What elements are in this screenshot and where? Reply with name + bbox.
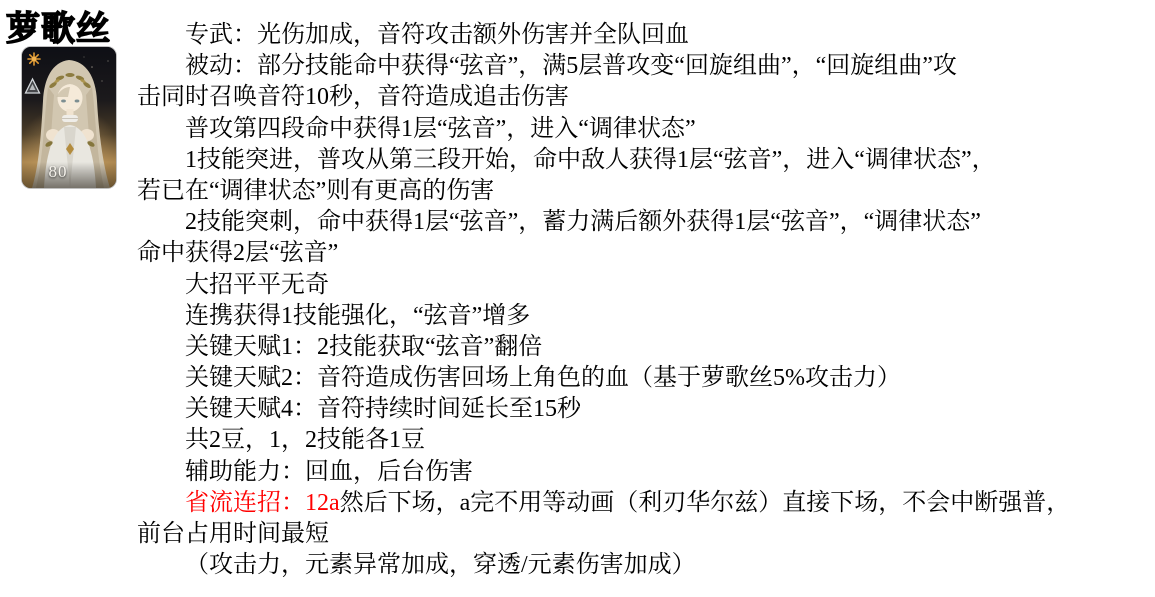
level-label: 80 bbox=[22, 162, 94, 182]
text-line: 关键天赋4：音符持续时间延长至15秒 bbox=[137, 394, 1151, 425]
text-line: 关键天赋1：2技能获取“弦音”翻倍 bbox=[137, 332, 1151, 363]
text-line: 若已在“调律状态”则有更高的伤害 bbox=[137, 176, 1151, 207]
text-line: 命中获得2层“弦音” bbox=[137, 238, 1151, 269]
text-run: 2技能突刺，命中获得1层“弦音”，蓄力满后额外获得1层“弦音”，“调律状态” bbox=[185, 209, 981, 235]
text-run: 命中获得2层“弦音” bbox=[137, 240, 338, 266]
text-line: 连携获得1技能强化，“弦音”增多 bbox=[137, 301, 1151, 332]
character-card: 80 bbox=[22, 47, 116, 188]
text-run: 连携获得1技能强化，“弦音”增多 bbox=[185, 303, 530, 329]
text-run: 专武：光伤加成，音符攻击额外伤害并全队回血 bbox=[185, 22, 689, 48]
text-run: 击同时召唤音符10秒，音符造成追击伤害 bbox=[137, 84, 569, 110]
text-line: 前台占用时间最短 bbox=[137, 519, 1151, 550]
text-line: 大招平平无奇 bbox=[137, 270, 1151, 301]
text-line: 普攻第四段命中获得1层“弦音”，进入“调律状态” bbox=[137, 114, 1151, 145]
text-line: 共2豆，1，2技能各1豆 bbox=[137, 425, 1151, 456]
text-run: 然后下场，a完不用等动画（利刃华尔兹）直接下场，不会中断强普， bbox=[340, 490, 1071, 516]
page-title: 萝歌丝 bbox=[6, 10, 111, 48]
text-line: 关键天赋2：音符造成伤害回场上角色的血（基于萝歌丝5%攻击力） bbox=[137, 363, 1151, 394]
text-run: 1技能突进，普攻从第三段开始，命中敌人获得1层“弦音”，进入“调律状态”， bbox=[185, 147, 996, 173]
text-line: 1技能突进，普攻从第三段开始，命中敌人获得1层“弦音”，进入“调律状态”， bbox=[137, 145, 1151, 176]
text-run: 关键天赋4：音符持续时间延长至15秒 bbox=[185, 396, 581, 422]
text-run: 普攻第四段命中获得1层“弦音”，进入“调律状态” bbox=[185, 116, 696, 142]
text-line: 辅助能力：回血，后台伤害 bbox=[137, 457, 1151, 488]
text-run: 关键天赋1：2技能获取“弦音”翻倍 bbox=[185, 334, 542, 360]
text-run: 辅助能力：回血，后台伤害 bbox=[185, 459, 473, 485]
text-run: （攻击力，元素异常加成，穿透/元素伤害加成） bbox=[185, 552, 696, 578]
text-line: 省流连招：12a然后下场，a完不用等动画（利刃华尔兹）直接下场，不会中断强普， bbox=[137, 488, 1151, 519]
text-line: （攻击力，元素异常加成，穿透/元素伤害加成） bbox=[137, 550, 1151, 581]
accent-text-run: 省流连招：12a bbox=[185, 490, 340, 516]
text-run: 关键天赋2：音符造成伤害回场上角色的血（基于萝歌丝5%攻击力） bbox=[185, 365, 901, 391]
text-run: 共2豆，1，2技能各1豆 bbox=[185, 427, 425, 453]
text-line: 专武：光伤加成，音符攻击额外伤害并全队回血 bbox=[137, 20, 1151, 51]
text-line: 2技能突刺，命中获得1层“弦音”，蓄力满后额外获得1层“弦音”，“调律状态” bbox=[137, 207, 1151, 238]
text-run: 被动：部分技能命中获得“弦音”，满5层普攻变“回旋组曲”，“回旋组曲”攻 bbox=[185, 53, 957, 79]
text-line: 击同时召唤音符10秒，音符造成追击伤害 bbox=[137, 82, 1151, 113]
text-run: 若已在“调律状态”则有更高的伤害 bbox=[137, 178, 494, 204]
snowflake-icon bbox=[28, 53, 40, 65]
text-line: 被动：部分技能命中获得“弦音”，满5层普攻变“回旋组曲”，“回旋组曲”攻 bbox=[137, 51, 1151, 82]
text-run: 前台占用时间最短 bbox=[137, 521, 329, 547]
text-run: 大招平平无奇 bbox=[185, 272, 329, 298]
notes-body: 专武：光伤加成，音符攻击额外伤害并全队回血被动：部分技能命中获得“弦音”，满5层… bbox=[137, 20, 1151, 581]
